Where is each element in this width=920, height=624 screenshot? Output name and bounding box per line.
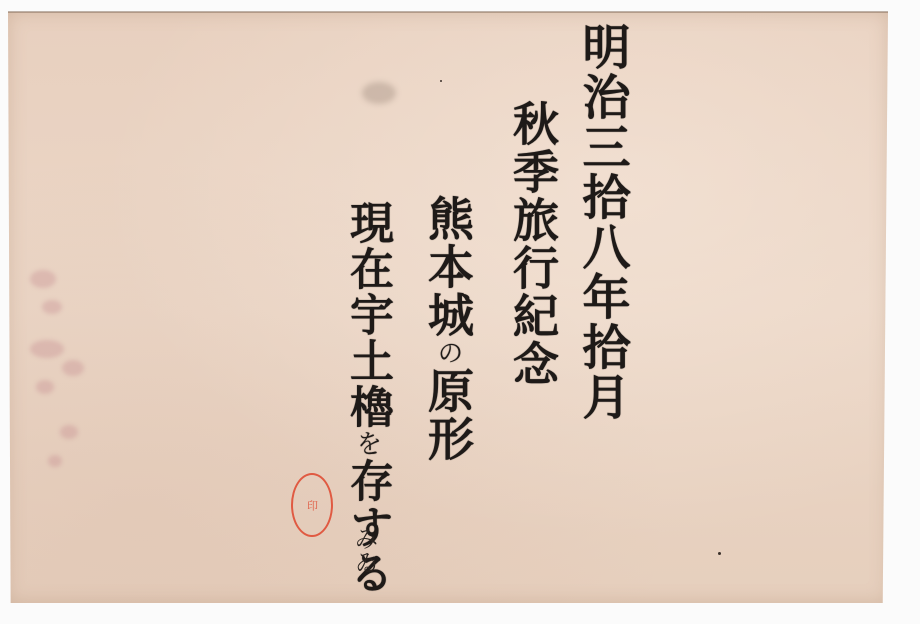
inscription-subject-column: 熊本城の原形 — [425, 195, 471, 463]
paper-top-edge — [8, 11, 888, 13]
stain-spot — [36, 380, 54, 394]
stain-spot — [62, 360, 84, 376]
castle-name: 熊本城 — [421, 195, 475, 339]
original-form-text: 原形 — [421, 367, 475, 463]
seal-text: 印 — [307, 500, 318, 511]
speck — [440, 80, 442, 82]
inscription-title-column: 秋季旅行紀念 — [510, 100, 556, 388]
particle-wo: を — [352, 430, 382, 458]
inscription-date-column: 明治三拾八年拾月 — [578, 22, 626, 422]
stain-spot — [30, 340, 64, 358]
red-seal-stamp: 印 — [291, 473, 333, 537]
signature: みゐ — [347, 526, 382, 574]
stain-spot — [42, 300, 62, 314]
turret-name: 現在宇土櫓 — [342, 200, 393, 430]
stain-spot — [30, 270, 56, 288]
stain-spot — [48, 455, 62, 467]
speck — [718, 552, 721, 555]
ink-smudge — [362, 82, 396, 104]
stain-spot — [60, 425, 78, 439]
particle-no: の — [433, 339, 463, 367]
